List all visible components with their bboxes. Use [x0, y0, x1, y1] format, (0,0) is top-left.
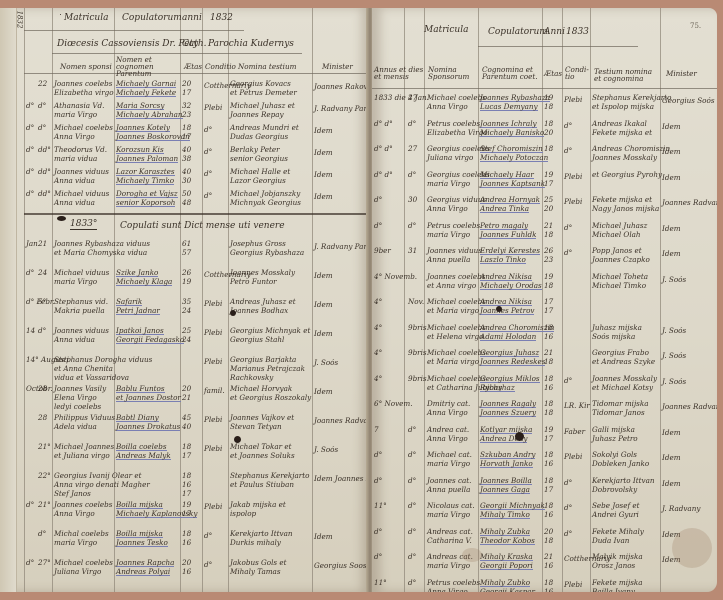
- entry-condition: d°: [204, 192, 212, 199]
- entry-witness: Michael Toheta: [592, 273, 648, 280]
- entry-parent: Dorogha et Vajsz: [116, 190, 178, 198]
- entry-parent: Mihaly Zubka: [480, 528, 530, 536]
- col-testium: Nomina testium: [238, 63, 296, 70]
- entry-day: d°: [38, 530, 46, 537]
- entry-parent: Stef Choromiszin: [480, 145, 543, 153]
- entry-age: 21: [182, 394, 191, 401]
- entry-day: 9bris: [408, 324, 427, 331]
- entry-spouse: Michael coelebs: [427, 375, 486, 382]
- entry-spouse: vidua et Vassaridova: [54, 374, 129, 381]
- entry-day: d°: [408, 553, 416, 560]
- entry-age: 18: [544, 231, 553, 238]
- entry-spouse: Anna Virgo: [427, 205, 468, 212]
- entry-witness: et Michael Kotsy: [592, 384, 653, 391]
- entry-age: 35: [182, 298, 191, 305]
- entry-day: 21°: [38, 501, 51, 508]
- entry-condition: Plebi: [204, 300, 222, 307]
- entry-parent: Babtl Diany: [116, 414, 159, 422]
- entry-parent: Joannes Boilla: [480, 477, 532, 485]
- entry-witness: et Andreas Szyke: [592, 358, 655, 365]
- entry-spouse: Joannes Vasily: [54, 385, 106, 392]
- entry-parent: Mihaly Timko: [480, 511, 530, 519]
- entry-parent: Ipatkoi Janos: [116, 327, 164, 335]
- entry-age: 19: [544, 273, 553, 280]
- entry-age: 32: [182, 102, 191, 109]
- entry-witness: Joannes Czapko: [592, 256, 650, 263]
- entry-parent: Georgius Miklos: [480, 375, 540, 383]
- col-year-day: Annus et dies et mensis: [374, 66, 424, 80]
- title-year: 1832: [210, 14, 233, 23]
- district-line: Diœcesis Cassoviensis Dr. Pety: [57, 40, 198, 49]
- entry-spouse: Petrus coelebs: [427, 222, 480, 229]
- entry-spouse: Stephanus Dorogha viduus: [54, 356, 152, 363]
- entry-parent: Michaely Klaga: [116, 278, 172, 286]
- entry-age: 19: [182, 501, 191, 508]
- entry-parent: et Joannes Dostor: [116, 394, 181, 402]
- entry-minister: Georgius Soos Chaplain: [314, 562, 370, 569]
- entry-spouse: Anna puella: [427, 256, 470, 263]
- entry-age: 18: [182, 472, 191, 479]
- entry-age: 18: [544, 400, 553, 407]
- entry-minister: Joannes Radvany: [314, 417, 370, 424]
- entry-minister: Idem: [662, 250, 681, 257]
- entry-day: d°: [408, 120, 416, 127]
- entry-spouse: maria Virgo: [54, 278, 97, 285]
- col-minister: Minister: [322, 63, 353, 70]
- entry-age: 30: [182, 177, 191, 184]
- entry-date: 11°: [374, 579, 387, 586]
- entry-day: d°: [408, 171, 416, 178]
- entry-parent: Mihaly Zubko: [480, 579, 530, 587]
- entry-spouse: et Anna Chenita: [54, 365, 113, 372]
- entry-age: 18: [182, 443, 191, 450]
- entry-spouse: et Anna virgo: [427, 282, 476, 289]
- entry-age: 23: [544, 256, 553, 263]
- entry-age: 17: [544, 180, 553, 187]
- entry-condition: Plebi: [204, 358, 222, 365]
- entry-witness: Michael Olah: [592, 231, 641, 238]
- entry-minister: Joannes Radvany Parochus: [662, 199, 717, 206]
- col-nomen-parentum: Nomen et cognomen Parentum: [116, 56, 178, 78]
- entry-witness: Georgius Frabo: [592, 349, 649, 356]
- entry-day: 28: [38, 414, 47, 421]
- entry-spouse: Michael Joannes: [54, 443, 114, 450]
- entry-parent: Safarik: [116, 298, 142, 306]
- entry-spouse: Michael coelebs: [54, 559, 113, 566]
- right-page: 75. Matricula Copulatorum Anni 1833 Annu…: [372, 8, 717, 592]
- entry-age: 20: [544, 528, 553, 535]
- entry-condition: d°: [564, 504, 572, 511]
- entry-condition: famil.: [204, 387, 225, 394]
- col-conditio: Condi-tio: [565, 66, 589, 80]
- entry-witness: Michael Juhasz: [592, 222, 647, 229]
- entry-condition: d°: [564, 224, 572, 231]
- entry-spouse: Michael coelebs: [54, 124, 113, 131]
- entry-age: 17: [182, 510, 191, 517]
- entry-minister: J. Soós: [314, 446, 338, 453]
- entry-age: 48: [182, 199, 191, 206]
- entry-parent: Korozsun Kis: [116, 146, 164, 154]
- entry-parent: Michaely Banisko: [480, 129, 544, 137]
- section-year-1833: 1833°: [70, 220, 97, 230]
- entry-witness: et Joannes Soluks: [230, 452, 295, 459]
- entry-parent: Michaely Timko: [116, 177, 174, 185]
- entry-minister: J. Radvany: [662, 505, 700, 512]
- entry-parent: Bablu Funtos: [116, 385, 165, 393]
- entry-date: 9ber: [374, 247, 391, 254]
- entry-condition: Faber: [564, 428, 585, 435]
- entry-day: 30: [408, 196, 417, 203]
- entry-parent: Andrea Nikisa: [480, 298, 532, 306]
- entry-age: 17: [182, 133, 191, 140]
- entry-date: d°: [26, 124, 34, 131]
- entry-witness: Dobleken Janko: [592, 460, 649, 467]
- entry-parent: Michaely Fekete: [116, 89, 176, 97]
- entry-spouse: Michael viduus: [54, 190, 109, 197]
- entry-date: d°: [26, 269, 34, 276]
- entry-minister: Joannes Radvany: [662, 403, 717, 410]
- entry-date: d° d°: [374, 120, 393, 127]
- entry-spouse: Petrus coelebs: [427, 120, 480, 127]
- col-testium: Testium nomina et cognomina: [594, 68, 658, 82]
- page-edges: [0, 8, 17, 592]
- entry-parent: Joannes Fuhldk: [480, 231, 536, 239]
- entry-spouse: et Maria Chomyska vidua: [54, 249, 147, 256]
- entry-spouse: ledyi coelebs: [54, 403, 101, 410]
- entry-spouse: Joannes viduus: [54, 327, 109, 334]
- entry-date: 4°: [374, 324, 382, 331]
- entry-age: 16: [182, 481, 191, 488]
- entry-minister: Idem: [314, 171, 333, 178]
- entry-witness: Georgius Rybashaza: [230, 249, 304, 256]
- entry-age: 18: [544, 358, 553, 365]
- entry-spouse: maria Virgo: [427, 231, 470, 238]
- entry-parent: Andrea Nikisa: [480, 273, 532, 281]
- entry-age: 16: [544, 511, 553, 518]
- entry-witness: Petro Funtor: [230, 278, 277, 285]
- entry-spouse: Joannes cat.: [427, 477, 471, 484]
- entry-witness: Orosz Janos: [592, 562, 635, 569]
- entry-parent: Joannes Petrov: [480, 307, 534, 315]
- entry-spouse: maria Virgo: [427, 460, 470, 467]
- entry-spouse: Anna virgo denati Magher: [54, 481, 150, 488]
- col-aetas: Ætas: [544, 70, 562, 77]
- entry-spouse: Catharina V.: [427, 537, 472, 544]
- entry-spouse: Athanasia Vd.: [54, 102, 104, 109]
- entry-parent: Georgii Popori: [480, 562, 533, 570]
- entry-date: d° d°: [374, 171, 393, 178]
- entry-parent: Andreas Malyk: [116, 452, 171, 460]
- entry-age: 18: [544, 120, 553, 127]
- entry-witness: Duda Ivan: [592, 537, 629, 544]
- entry-date: 4° Novemb.: [374, 273, 417, 280]
- entry-parent: Joannes Kotely: [116, 124, 170, 132]
- entry-date: d°: [374, 553, 382, 560]
- entry-age: 16: [544, 460, 553, 467]
- entry-spouse: Joannes viduus: [427, 247, 482, 254]
- entry-spouse: Michael coelebs: [427, 324, 486, 331]
- page-number: 75.: [690, 22, 701, 30]
- entry-minister: Idem: [662, 123, 681, 130]
- entry-parent: Adami Holodan: [480, 333, 536, 341]
- entry-spouse: Anna Virgo: [54, 510, 95, 517]
- parochia-label: Parochia Kudernys: [208, 40, 294, 49]
- entry-date: 1833 die 4 Jan.: [374, 94, 429, 101]
- register-book: 1832 Matricula Copulatorum anni 1832 Diœ…: [0, 0, 723, 600]
- entry-age: 18: [544, 324, 553, 331]
- entry-parent: Lucas Demyany: [480, 103, 538, 111]
- entry-date: Jan: [26, 240, 38, 247]
- entry-day: dd°: [38, 190, 51, 197]
- entry-witness: senior Georgius: [230, 155, 288, 162]
- entry-date: 4°: [374, 298, 382, 305]
- entry-spouse: maria Virgo: [427, 180, 470, 187]
- entry-spouse: Nicolaus cat.: [427, 502, 475, 509]
- entry-witness: Joannes Repay: [230, 111, 284, 118]
- entry-condition: d°: [564, 249, 572, 256]
- entry-spouse: Anna Virgo: [54, 133, 95, 140]
- entry-parent: senior Koporsoh: [116, 199, 175, 207]
- entry-day: 5°: [38, 298, 46, 305]
- entry-parent: Rybashaz: [480, 384, 515, 392]
- entry-age: 26: [544, 247, 553, 254]
- entry-age: 18: [544, 502, 553, 509]
- entry-witness: Sokolyi Gols: [592, 451, 637, 458]
- entry-witness: Josephus Gross: [230, 240, 286, 247]
- entry-witness: Fekete Mihaly: [592, 528, 644, 535]
- entry-condition: d°: [204, 561, 212, 568]
- entry-witness: Georgius Stahl: [230, 336, 284, 343]
- entry-age: 16: [544, 562, 553, 569]
- entry-date: 6° Novem.: [374, 400, 412, 407]
- entry-witness: Marianus Petrajczak: [230, 365, 305, 372]
- entry-spouse: Adela vidua: [54, 423, 97, 430]
- entry-witness: Andreas Juhasz et: [230, 298, 296, 305]
- entry-day: d°: [408, 222, 416, 229]
- entry-day: Nov.: [408, 298, 424, 305]
- entry-age: 16: [182, 568, 191, 575]
- entry-parent: Theodor Kobos: [480, 537, 535, 545]
- entry-age: 17: [182, 490, 191, 497]
- entry-condition: Plebi: [204, 104, 222, 111]
- entry-witness: Nagy Janos mijska: [592, 205, 659, 212]
- entry-minister: Idem: [662, 454, 681, 461]
- entry-age: 21: [544, 349, 553, 356]
- entry-age: 26: [182, 269, 191, 276]
- entry-age: 19: [544, 171, 553, 178]
- entry-witness: Bailla Ivany: [592, 588, 635, 593]
- entry-witness: et Ispolop mijska: [592, 103, 654, 110]
- entry-spouse: Joannes coelebs: [427, 273, 485, 280]
- entry-spouse: Anna Virgo: [427, 409, 468, 416]
- entry-minister: Idem: [314, 272, 333, 279]
- entry-parent: Szkuban Andry: [480, 451, 535, 459]
- entry-day: d°: [38, 124, 46, 131]
- col-cognomina: Cognomina et Parentum coet.: [482, 66, 540, 80]
- entry-parent: Georgius Juhasz: [480, 349, 539, 357]
- entry-witness: Stephanus Kerekjarto: [230, 472, 309, 479]
- entry-spouse: Andrea cat.: [427, 426, 469, 433]
- entry-witness: Lazor Georgius: [230, 177, 286, 184]
- entry-age: 24: [182, 336, 191, 343]
- entry-day: 31: [408, 247, 417, 254]
- entry-condition: Plebi: [204, 503, 222, 510]
- entry-day: 22°: [38, 472, 51, 479]
- entry-witness: Jakobus Gols et: [230, 559, 287, 566]
- entry-spouse: Michael coelebs: [427, 349, 486, 356]
- entry-parent: Georgii Kaspar: [480, 588, 535, 593]
- entry-age: 24: [182, 307, 191, 314]
- title-copulatorum: Copulatorum: [122, 14, 182, 23]
- entry-parent: Petro magaly: [480, 222, 528, 230]
- entry-minister: J. Soós: [662, 378, 686, 385]
- entry-spouse: Georgius Ivanij Olear et: [54, 472, 141, 479]
- entry-date: d°: [374, 528, 382, 535]
- entry-condition: Plebi: [564, 198, 582, 205]
- entry-witness: Berlaky Peter: [230, 146, 280, 153]
- entry-age: 40: [182, 146, 191, 153]
- entry-age: 19: [544, 94, 553, 101]
- entry-age: 40: [182, 168, 191, 175]
- entry-spouse: Joannes viduus: [54, 168, 109, 175]
- entry-spouse: Michal coelebs: [54, 530, 109, 537]
- entry-day: d°: [408, 451, 416, 458]
- entry-condition: Plebi: [204, 445, 222, 452]
- entry-witness: et Georgius Roszokaly: [230, 394, 311, 401]
- entry-witness: et Paulus Stiuban: [230, 481, 294, 488]
- entry-parent: Erdelyi Kerestes: [480, 247, 540, 255]
- entry-spouse: Michael coelebs: [427, 94, 486, 101]
- entry-day: d°: [408, 477, 416, 484]
- entry-condition: d°: [564, 377, 572, 384]
- entry-minister: Idem: [314, 301, 333, 308]
- entry-spouse: maria Virgo: [427, 562, 470, 569]
- entry-date: 4°: [374, 349, 382, 356]
- entry-spouse: Makria puella: [54, 307, 105, 314]
- entry-age: 18: [544, 103, 553, 110]
- entry-spouse: Michael coelebs: [427, 298, 486, 305]
- entry-age: 18: [544, 282, 553, 289]
- entry-witness: Kerekjarto Ittvan: [592, 477, 655, 484]
- entry-witness: Stevan Tetyan: [230, 423, 282, 430]
- entry-condition: d°: [564, 122, 572, 129]
- entry-date: d°: [26, 501, 34, 508]
- entry-witness: Juhasz mijska: [592, 324, 642, 331]
- entry-day: dd°: [38, 168, 51, 175]
- entry-parent: Andrea Tinka: [480, 205, 529, 213]
- entry-parent: Georgii Michnyak: [480, 502, 545, 510]
- entry-witness: Mihaly Tamas: [230, 568, 281, 575]
- entry-spouse: maria vidua: [54, 155, 97, 162]
- entry-day: 21°: [38, 443, 51, 450]
- entry-condition: Plebi: [204, 329, 222, 336]
- entry-witness: Stephanus Kerekjarto: [592, 94, 671, 101]
- entry-spouse: maria Virgo: [54, 539, 97, 546]
- entry-witness: Michael Juhasz et: [230, 102, 295, 109]
- entry-minister: Idem: [662, 429, 681, 436]
- entry-date: d°: [26, 168, 34, 175]
- entry-age: 38: [182, 155, 191, 162]
- entry-witness: Andreas Choromiszin: [592, 145, 670, 152]
- entry-parent: Joannes Szuery: [480, 409, 536, 417]
- entry-witness: Jakab mijska et: [230, 501, 286, 508]
- entry-minister: J. Soós: [662, 352, 686, 359]
- entry-witness: Georgius Kovacs: [230, 80, 291, 87]
- entry-witness: Michael Tokar et: [230, 443, 292, 450]
- entry-parent: Laszlo Tinko: [480, 256, 526, 264]
- entry-parent: Joannes Rybashaza: [480, 94, 550, 102]
- title-copulatorum: Copulatorum: [488, 28, 548, 37]
- entry-spouse: Anna vidua: [54, 199, 95, 206]
- entry-parent: Boilla mijska: [116, 530, 163, 538]
- title-matricula: Matricula: [64, 14, 108, 23]
- entry-witness: et Petrus Demeter: [230, 89, 297, 96]
- entry-condition: d°: [564, 530, 572, 537]
- entry-parent: Joannes Redeskes: [480, 358, 545, 366]
- title-year: 1833: [566, 28, 589, 37]
- entry-age: 17: [182, 452, 191, 459]
- entry-date: d°: [374, 222, 382, 229]
- entry-day: 27°: [38, 559, 51, 566]
- entry-day: d°: [408, 528, 416, 535]
- entry-spouse: Juliana Virgo: [54, 568, 101, 575]
- entry-condition: Plebi: [204, 416, 222, 423]
- entry-witness: Michnyak Georgius: [230, 199, 301, 206]
- entry-spouse: Georgius viduus: [427, 196, 486, 203]
- entry-age: 61: [182, 240, 191, 247]
- entry-age: 20: [544, 205, 553, 212]
- entry-day: 27: [408, 94, 417, 101]
- entry-spouse: Anna Virgo: [427, 588, 468, 593]
- entry-parent: Szike Janko: [116, 269, 158, 277]
- entry-spouse: Elizabetha virgo: [54, 89, 114, 96]
- entry-date: d° d°: [374, 145, 393, 152]
- entry-parent: Joannes Tesko: [116, 539, 168, 547]
- entry-age: 20: [182, 559, 191, 566]
- entry-age: 21: [544, 553, 553, 560]
- entry-witness: Durkis mihaly: [230, 539, 281, 546]
- entry-minister: Idem: [314, 330, 333, 337]
- entry-spouse: Stephanus vid.: [54, 298, 108, 305]
- entry-date: d°: [26, 102, 34, 109]
- entry-spouse: Philippus Viduus: [54, 414, 115, 421]
- entry-day: d°: [408, 502, 416, 509]
- entry-minister: Georgius Soós Chaplain: [662, 97, 717, 104]
- entry-spouse: Stef Janos: [54, 490, 91, 497]
- entry-witness: Joannes Mosskaly: [592, 375, 657, 382]
- entry-parent: Boilla coelebs: [116, 443, 167, 451]
- entry-age: 18: [544, 451, 553, 458]
- entry-age: 23: [182, 111, 191, 118]
- entry-parent: Michaely Garnai: [116, 80, 176, 88]
- entry-spouse: et Juliana virgo: [54, 452, 110, 459]
- entry-witness: Joannes Vajkov et: [230, 414, 294, 421]
- entry-witness: Andreas Mundri et: [230, 124, 299, 131]
- entry-day: 24: [38, 269, 47, 276]
- entry-parent: Joannes Ichraly: [480, 120, 537, 128]
- entry-witness: Michael Jobjanszky: [230, 190, 300, 197]
- col-conditio: Conditio: [205, 63, 236, 70]
- entry-minister: Idem: [662, 225, 681, 232]
- title-anni: anni: [182, 14, 202, 23]
- entry-parent: Georgii Fedagasko: [116, 336, 184, 344]
- entry-age: 18: [544, 537, 553, 544]
- entry-spouse: Michael cat.: [427, 451, 472, 458]
- entry-witness: Michael Horvyak: [230, 385, 292, 392]
- entry-age: 16: [544, 333, 553, 340]
- col-nomina-sponsorum: Nomina Sponsorum: [428, 66, 476, 80]
- entry-witness: ispolop: [230, 510, 256, 517]
